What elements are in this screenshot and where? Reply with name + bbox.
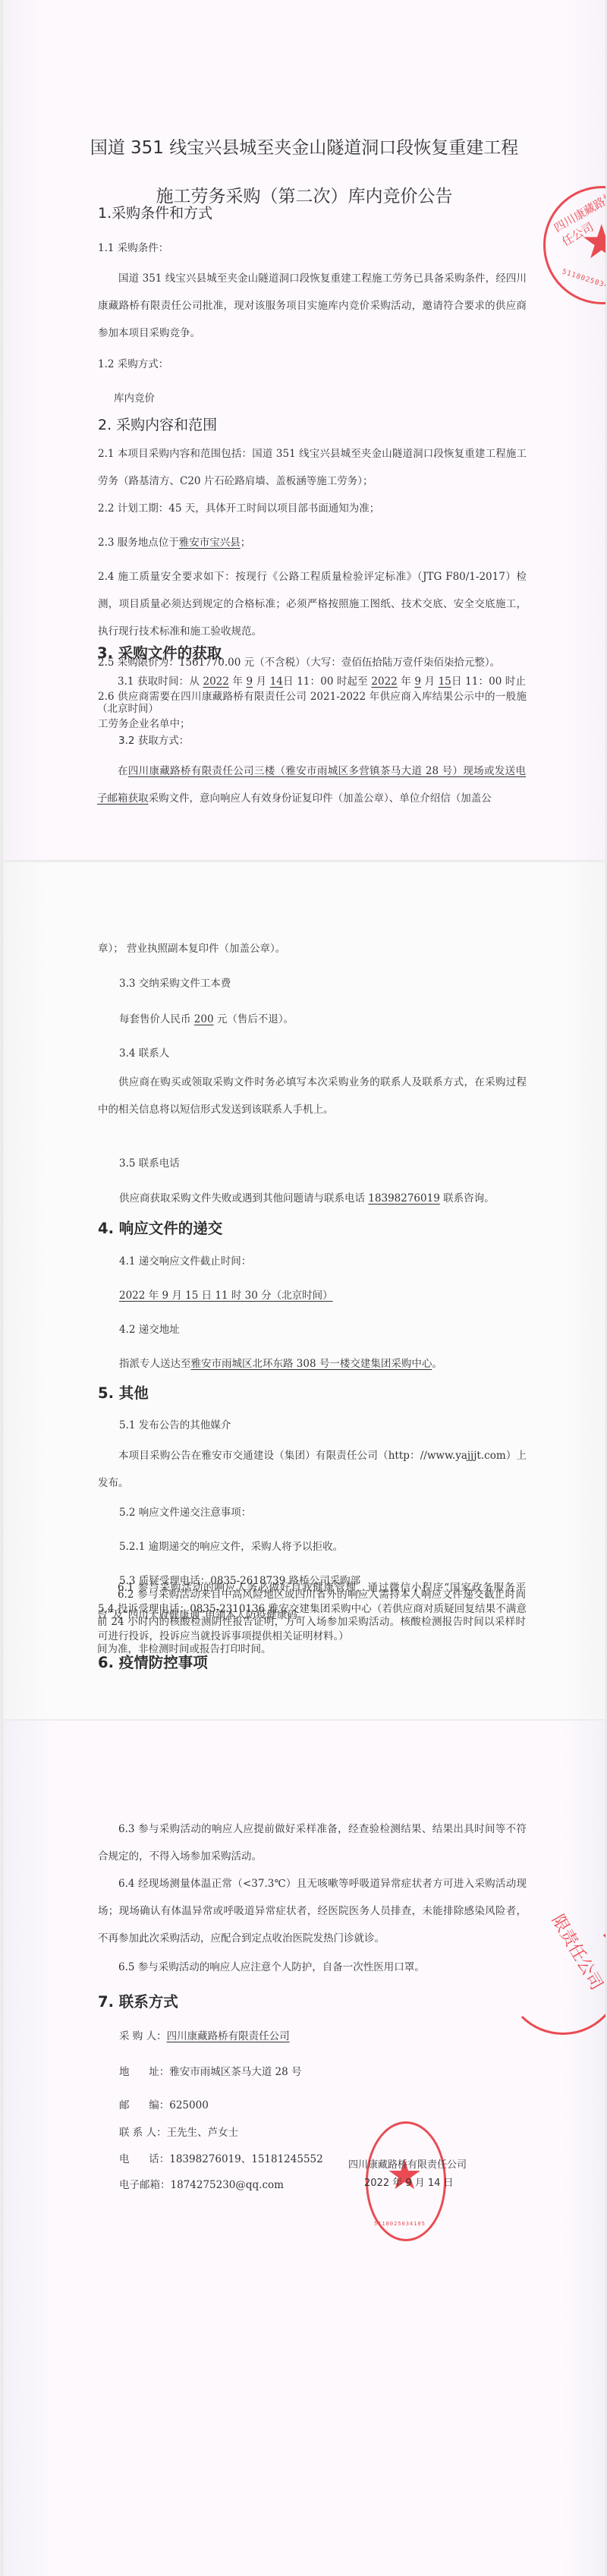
signature-seal-code: 5118025034105 [374, 2221, 426, 2227]
section-6-5: 6.5 参与采购活动的响应人应注意个人防护，自备一次性医用口罩。 [98, 1954, 527, 1981]
page-1-section-3: 3. 采购文件的获取 3.1 获取时间：从 2022 年 9 月 14日 11：… [2, 0, 605, 860]
seal-text-partial: 限责任公司 [547, 1910, 606, 1994]
contact-row-phone: 电 话：18398276019、15181245552 [119, 2150, 323, 2165]
section-3-2-text: 在四川康藏路桥有限责任公司三楼（雅安市雨城区多营镇茶马大道 28 号）现场或发送… [97, 757, 526, 812]
document-page-3: 6.3 参与采购活动的响应人应提前做好采样准备，经查验检测结果、结果出具时间等不… [2, 1721, 606, 2576]
contact-row-purchaser: 采 购 人：四川康藏路桥有限责任公司 [119, 2027, 316, 2042]
section-6-2: 6.2 参与采购活动来自中高风险地区或四川省外的响应人需持本人响应文件递交截止时… [97, 1581, 526, 1663]
section-3-1: 3.1 获取时间：从 2022 年 9 月 14日 11：00 时起至 2022… [97, 668, 526, 723]
section-6-3: 6.3 参与采购活动的响应人应提前做好采样准备，经查验检测结果、结果出具时间等不… [98, 1815, 527, 1870]
contact-email-link[interactable]: 1874275230@qq.com [171, 2179, 284, 2191]
section-6-4: 6.4 经现场测量体温正常（<37.3℃）且无咳嗽等呼吸道异常症状者方可进入采购… [98, 1870, 527, 1952]
contact-phones[interactable]: 18398276019、15181245552 [169, 2153, 322, 2165]
signature-company: 四川康藏路桥有限责任公司 [348, 2156, 467, 2171]
contact-row-email: 电子邮箱：1874275230@qq.com [119, 2176, 284, 2191]
section-3-heading: 3. 采购文件的获取 [97, 641, 222, 663]
page-2-section-6-2: 6.2 参与采购活动来自中高风险地区或四川省外的响应人需持本人响应文件递交截止时… [2, 1581, 605, 1672]
contact-row-address: 地 址：雅安市雨城区茶马大道 28 号 [119, 2063, 302, 2078]
purchaser-name: 四川康藏路桥有限责任公司 [167, 2030, 316, 2042]
section-7-heading: 7. 联系方式 [98, 1990, 178, 2011]
signature-date: 2022 年 9 月 14 日 [364, 2174, 454, 2189]
contact-row-postcode: 邮 编：625000 [119, 2096, 209, 2112]
section-3-2-label: 3.2 获取方式： [118, 732, 189, 747]
contact-row-person: 联 系 人：王先生、芦女士 [119, 2124, 238, 2139]
